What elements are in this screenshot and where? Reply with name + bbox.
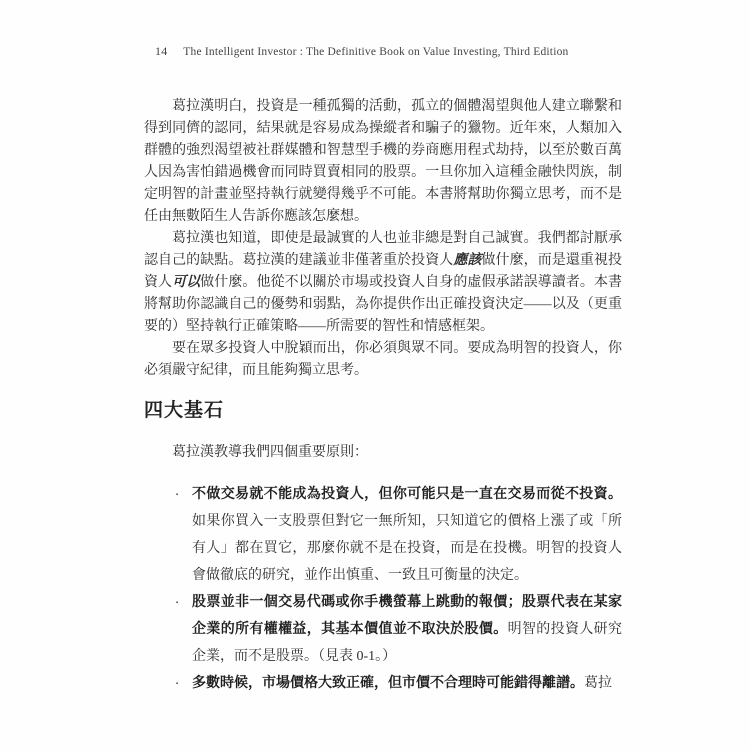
running-title: The Intelligent Investor : The Definitiv… (183, 46, 568, 58)
paragraph-2-text: 做什麼。他從不以關於市場或投資人自身的虛假承諾誤導讀者。本書將幫助你認識自己的優… (144, 275, 622, 334)
page-number: 14 (155, 44, 167, 58)
bullet-icon: ‧ (175, 670, 179, 697)
list-item: ‧股票並非一個交易代碼或你手機螢幕上跳動的報價；股票代表在某家企業的所有權權益，… (144, 589, 622, 670)
bullet-rest-text: 如果你買入一支股票但對它一無所知，只知道它的價格上漲了或「所有人」都在買它，那麼… (192, 514, 622, 583)
paragraph-1: 葛拉漢明白，投資是一種孤獨的活動，孤立的個體渴望與他人建立聯繫和得到同儕的認同，… (144, 96, 622, 228)
bullet-icon: ‧ (175, 589, 179, 616)
bullet-icon: ‧ (175, 481, 179, 508)
paragraph-2: 葛拉漢也知道，即使是最誠實的人也並非總是對自己誠實。我們都討厭承認自己的缺點。葛… (144, 228, 622, 338)
list-item: ‧不做交易就不能成為投資人，但你可能只是一直在交易而從不投資。如果你買入一支股票… (144, 481, 622, 589)
principles-list: ‧不做交易就不能成為投資人，但你可能只是一直在交易而從不投資。如果你買入一支股票… (144, 481, 622, 697)
page-body: 葛拉漢明白，投資是一種孤獨的活動，孤立的個體渴望與他人建立聯繫和得到同儕的認同，… (144, 96, 622, 697)
paragraph-3: 要在眾多投資人中脫穎而出，你必須與眾不同。要成為明智的投資人，你必須嚴守紀律，而… (144, 338, 622, 382)
emphasis-yinggai: 應該 (453, 253, 481, 268)
bullet-bold-lead: 不做交易就不能成為投資人，但你可能只是一直在交易而從不投資。 (192, 487, 622, 502)
list-item: ‧多數時候，市場價格大致正確，但市價不合理時可能錯得離譜。葛拉 (144, 670, 622, 697)
book-page: 14 The Intelligent Investor : The Defini… (0, 0, 750, 750)
running-header: 14 The Intelligent Investor : The Defini… (155, 44, 569, 59)
emphasis-keyi: 可以 (172, 275, 200, 290)
list-intro: 葛拉漢教導我們四個重要原則： (144, 442, 622, 464)
bullet-bold-lead: 多數時候，市場價格大致正確，但市價不合理時可能錯得離譜。 (192, 676, 584, 691)
bullet-rest-text: 葛拉 (584, 676, 612, 691)
section-heading: 四大基石 (144, 400, 622, 422)
